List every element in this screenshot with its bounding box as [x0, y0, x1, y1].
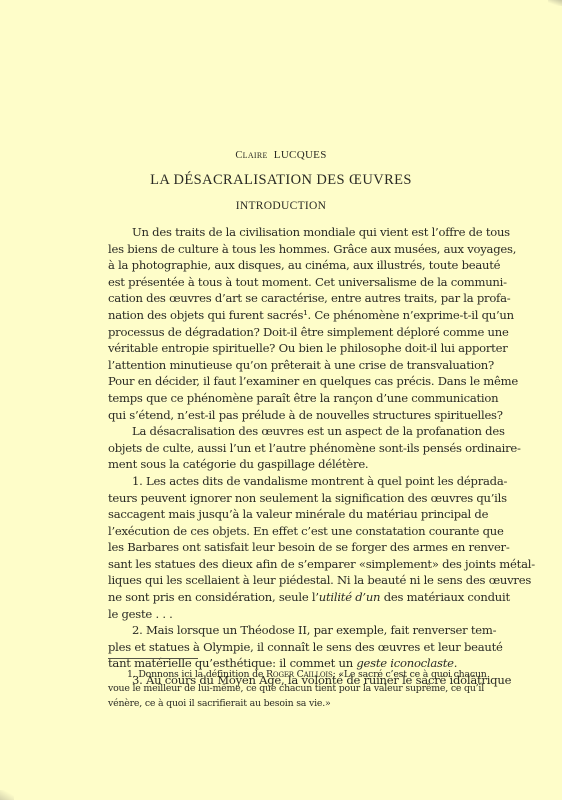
text-line: Pour en décider, il faut l’examiner en q… — [108, 373, 484, 390]
emphasis: utilité d’un — [319, 590, 381, 604]
author-name: Claire LUCQUES — [0, 149, 562, 161]
text-line: processus de dégradation? Doit-il être s… — [108, 324, 484, 341]
text-line: véritable entropie spirituelle? Ou bien … — [108, 340, 484, 357]
text-line: liques qui les scellaient à leur piédest… — [108, 572, 484, 589]
text-line: nation des objets qui furent sacrés¹. Ce… — [108, 307, 484, 324]
text-line: est présentée à tous à tout moment. Cet … — [108, 274, 484, 291]
text-line: ples et statues à Olympie, il connaît le… — [108, 639, 484, 656]
text-line: saccagent mais jusqu’à la valeur minéral… — [108, 506, 484, 523]
footnote-line: voue le meilleur de lui-même, ce que cha… — [108, 682, 484, 696]
footnote-separator — [108, 658, 198, 659]
text-line: cation des œuvres d’art se caractérise, … — [108, 290, 484, 307]
text-line: sant les statues des dieux afin de s’emp… — [108, 556, 484, 573]
text-line: l’attention minutieuse qu’on prêterait à… — [108, 357, 484, 374]
body-text: Un des traits de la civilisation mondial… — [108, 224, 484, 689]
section-heading: INTRODUCTION — [0, 200, 562, 212]
article-title: LA DÉSACRALISATION DES ŒUVRES — [0, 172, 562, 189]
text-line: La désacralisation des œuvres est un asp… — [108, 423, 484, 440]
book-page: Claire LUCQUES LA DÉSACRALISATION DES ŒU… — [0, 0, 562, 800]
text-line: 2. Mais lorsque un Théodose II, par exem… — [108, 622, 484, 639]
footnote-line: 1. Donnons ici la définition de Roger Ca… — [108, 668, 484, 682]
text-line: à la photographie, aux disques, au ciném… — [108, 257, 484, 274]
text-line: objets de culte, aussi l’un et l’autre p… — [108, 440, 484, 457]
footnote: 1. Donnons ici la définition de Roger Ca… — [108, 668, 484, 711]
text-line: le geste . . . — [108, 606, 484, 623]
page-corner-shadow — [0, 790, 14, 800]
text-line: temps que ce phénomène paraît être la ra… — [108, 390, 484, 407]
text-line: les biens de culture à tous les hommes. … — [108, 241, 484, 258]
footnote-line: vénère, ce à quoi il sacrifierait au bes… — [108, 697, 484, 711]
text-line: Un des traits de la civilisation mondial… — [108, 224, 484, 241]
text-line: les Barbares ont satisfait leur besoin d… — [108, 539, 484, 556]
text-line: ment sous la catégorie du gaspillage dél… — [108, 456, 484, 473]
text-line: ne sont pris en considération, seule l’u… — [108, 589, 484, 606]
text-line: l’exécution de ces objets. En effet c’es… — [108, 523, 484, 540]
text-line: qui s’étend, n’est-il pas prélude à de n… — [108, 407, 484, 424]
cited-author: Roger Caillois — [266, 669, 333, 680]
text-line: 1. Les actes dits de vandalisme montrent… — [108, 473, 484, 490]
page-corner-shadow — [548, 0, 562, 6]
text-line: teurs peuvent ignorer non seulement la s… — [108, 490, 484, 507]
